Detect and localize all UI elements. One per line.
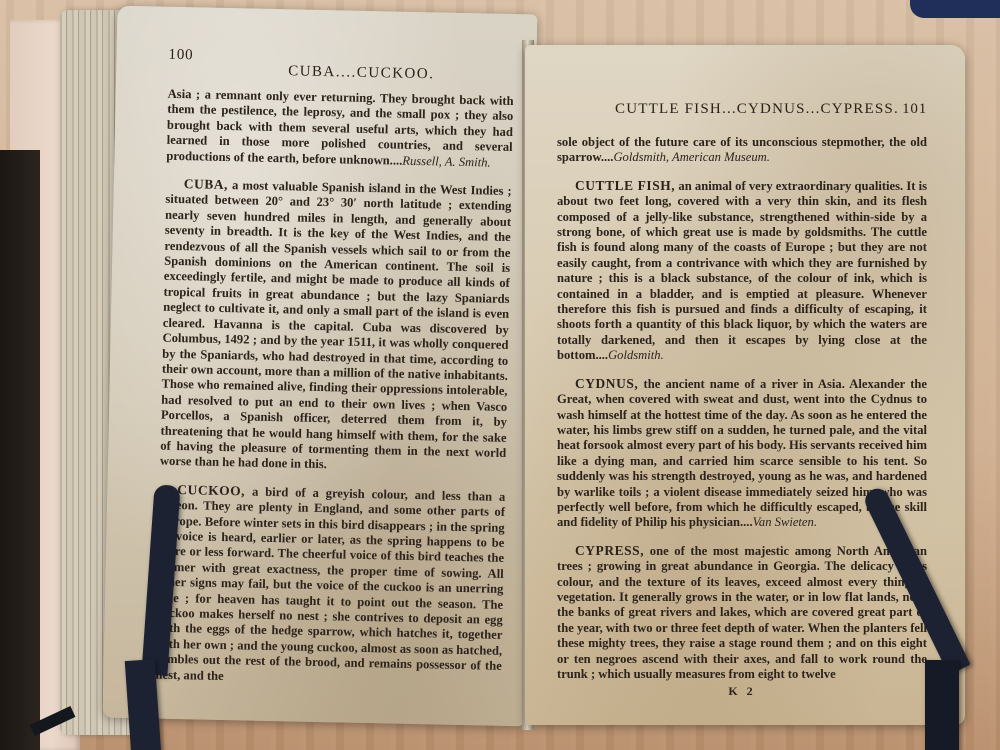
right-page-header: CUTTLE FISH...CYDNUS...CYPRESS. 101 (557, 101, 927, 135)
entry-cypress: CYPRESS, one of the most majestic among … (557, 543, 927, 683)
entry-citation: Goldsmith, American Museum. (613, 150, 769, 164)
entry-citation: Russell, A. Smith. (402, 153, 491, 169)
page-number: 101 (902, 101, 927, 118)
book-stand-right-base (925, 660, 959, 750)
entry-cuckoo: CUCKOO, a bird of a greyish colour, and … (155, 481, 505, 689)
entry-cuba: CUBA, a most valuable Spanish island in … (160, 176, 512, 477)
entry-term: CYPRESS, (575, 543, 644, 558)
left-page-header: 100 CUBA....CUCKOO. (168, 47, 515, 94)
entry-cuttle-fish: CUTTLE FISH, an animal of very extraordi… (557, 178, 927, 364)
page-number: 100 (168, 47, 193, 65)
running-title: CUTTLE FISH...CYDNUS...CYPRESS. (615, 101, 899, 118)
blue-object (910, 0, 1000, 18)
signature-mark: K 2 (557, 684, 927, 699)
entry-citation: Van Swieten. (753, 515, 817, 529)
entry-term: CUCKOO, (177, 482, 245, 498)
entry-text: a most valuable Spanish island in the We… (160, 178, 512, 471)
entry-text: an animal of very extraordinary qualitie… (557, 179, 927, 362)
entry-continuation: sole object of the future care of its un… (557, 135, 927, 166)
entry-text: one of the most majestic among North Ame… (557, 544, 927, 681)
running-title: CUBA....CUCKOO. (288, 63, 435, 83)
entry-term: CUBA, (184, 176, 229, 192)
entry-text: a bird of a greyish colour, and less tha… (155, 484, 505, 682)
right-page: CUTTLE FISH...CYDNUS...CYPRESS. 101 sole… (525, 45, 965, 725)
entry-citation: Goldsmith. (608, 348, 664, 362)
left-page-text: Asia ; a remnant only ever returning. Th… (155, 87, 513, 690)
entry-term: CYDNUS, (575, 376, 638, 391)
entry-term: CUTTLE FISH, (575, 178, 675, 193)
right-page-text: sole object of the future care of its un… (557, 135, 927, 700)
entry-continuation: Asia ; a remnant only ever returning. Th… (166, 87, 514, 171)
dark-background (0, 150, 40, 750)
